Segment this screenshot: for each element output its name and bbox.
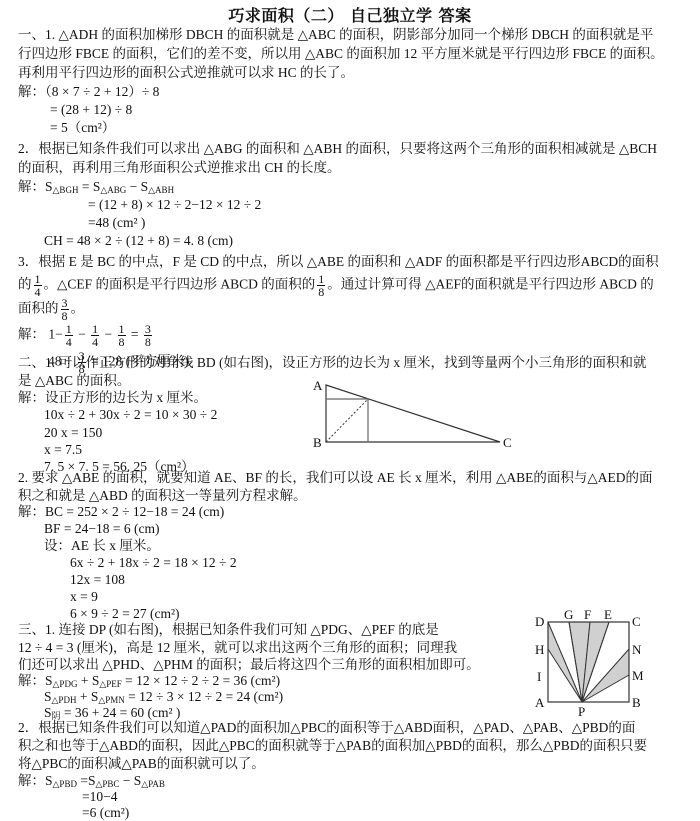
svg-text:H: H bbox=[535, 642, 544, 657]
s1q1-solution-1: 解：（8 × 7 ÷ 2 + 12）÷ 8 bbox=[18, 83, 159, 101]
s1q2-solution-4: CH = 48 × 2 ÷ (12 + 8) = 4. 8 (cm) bbox=[44, 232, 233, 250]
s2q1-solution-2: 10x ÷ 2 + 30x ÷ 2 = 10 × 30 ÷ 2 bbox=[44, 406, 217, 424]
svg-text:P: P bbox=[578, 704, 585, 719]
svg-text:E: E bbox=[604, 607, 612, 622]
s2q1-text-2: 是 △ABC 的面积。 bbox=[18, 372, 130, 390]
s2q2-solution-3: 设：AE 长 x 厘米。 bbox=[44, 537, 160, 555]
s1q3-text-1: 3．根据 E 是 BC 的中点，F 是 CD 的中点，所以 △ABE 的面积和 … bbox=[18, 253, 659, 271]
s3q2-text-2: 积之和也等于△ABD的面积，因此△PBC的面积就等于△PAB的面积加△PBD的面… bbox=[18, 737, 647, 755]
s1q1-solution-2: = (28 + 12) ÷ 8 bbox=[50, 101, 132, 119]
s1q3-text-2: 的14。△CEF 的面积是平行四边形 ABCD 的面积的18。通过计算可得 △A… bbox=[18, 273, 654, 298]
svg-text:C: C bbox=[503, 435, 512, 450]
s1q3-text-3: 面积的38。 bbox=[18, 297, 84, 322]
page-title: 巧求面积（二） 自己独立学 答案 bbox=[0, 3, 700, 26]
fraction-1-8: 18 bbox=[317, 273, 325, 298]
s3q2-text-1: 2．根据已知条件我们可以知道△PAD的面积加△PBC的面积等于△ABD面积，△P… bbox=[18, 719, 635, 737]
s2q2-solution-5: 12x = 108 bbox=[70, 571, 125, 589]
s1q3-solution-1: 解： 1−14 − 14 − 18 = 38 bbox=[18, 323, 154, 348]
s2q1-solution-3: 20 x = 150 bbox=[44, 424, 102, 442]
s2q2-solution-2: BF = 24−18 = 6 (cm) bbox=[44, 520, 159, 538]
s1q1-text-2: 行四边形 FBCE 的面积，它们的差不变，所以用 △ABC 的面积加 12 平方… bbox=[18, 45, 664, 63]
s1q2-solution-3: =48 (cm² ) bbox=[88, 214, 145, 232]
s3q1-text-2: 12 ÷ 4 = 3 (厘米)，高是 12 厘米，就可以求出这两个三角形的面积；… bbox=[18, 639, 457, 657]
s3q2-text-3: 将△PBC的面积减△PAB的面积就可以了。 bbox=[18, 755, 265, 773]
fraction-1-4: 14 bbox=[34, 273, 42, 298]
s1q1-text-3: 再利用平行四边形的面积公式逆推就可以求 HC 的长了。 bbox=[18, 64, 354, 82]
svg-text:D: D bbox=[535, 614, 544, 629]
svg-text:I: I bbox=[537, 669, 541, 684]
s1q2-text-1: 2．根据已知条件我们可以求出 △ABG 的面积和 △ABH 的面积，只要将这两个… bbox=[18, 140, 657, 158]
s1q2-text-2: 的面积，再利用三角形面积公式逆推求出 CH 的长度。 bbox=[18, 159, 341, 177]
s1q1-text-1: 一、1. △ADH 的面积加梯形 DBCH 的面积就是 △ABC 的面积，阴影部… bbox=[18, 26, 653, 44]
svg-text:A: A bbox=[313, 378, 323, 393]
s2q2-text-1: 2. 要求 △ABE 的面积，就要知道 AE、BF 的长，我们可以设 AE 长 … bbox=[18, 469, 653, 487]
s2q2-solution-1: 解：BC = 252 × 2 ÷ 12−18 = 24 (cm) bbox=[18, 503, 224, 521]
svg-text:B: B bbox=[632, 695, 641, 710]
triangle-square-figure: A B C bbox=[300, 370, 530, 460]
s2q1-solution-4: x = 7.5 bbox=[44, 441, 82, 459]
svg-text:M: M bbox=[632, 668, 644, 683]
svg-text:G: G bbox=[564, 607, 573, 622]
svg-text:N: N bbox=[632, 642, 642, 657]
svg-text:C: C bbox=[632, 614, 641, 629]
svg-text:F: F bbox=[584, 607, 591, 622]
s2q2-solution-6: x = 9 bbox=[70, 588, 98, 606]
svg-text:A: A bbox=[535, 695, 545, 710]
s3q2-solution-3: =6 (cm²) bbox=[82, 804, 129, 821]
square-shaded-figure: D G F E C H N I M A P B bbox=[520, 600, 670, 725]
s2q1-solution-1: 解：设正方形的边长为 x 厘米。 bbox=[18, 389, 207, 407]
s1q1-solution-3: = 5（cm²） bbox=[50, 119, 115, 137]
fraction-3-8: 38 bbox=[61, 297, 69, 322]
s1q2-solution-2: = (12 + 8) × 12 ÷ 2−12 × 12 ÷ 2 bbox=[88, 196, 261, 214]
svg-text:B: B bbox=[313, 435, 322, 450]
s2q2-solution-4: 6x ÷ 2 + 18x ÷ 2 = 18 × 12 ÷ 2 bbox=[70, 554, 237, 572]
s3q1-text-1: 三、1. 连接 DP (如右图)，根据已知条件我们可知 △PDG、△PEF 的底… bbox=[18, 621, 439, 639]
